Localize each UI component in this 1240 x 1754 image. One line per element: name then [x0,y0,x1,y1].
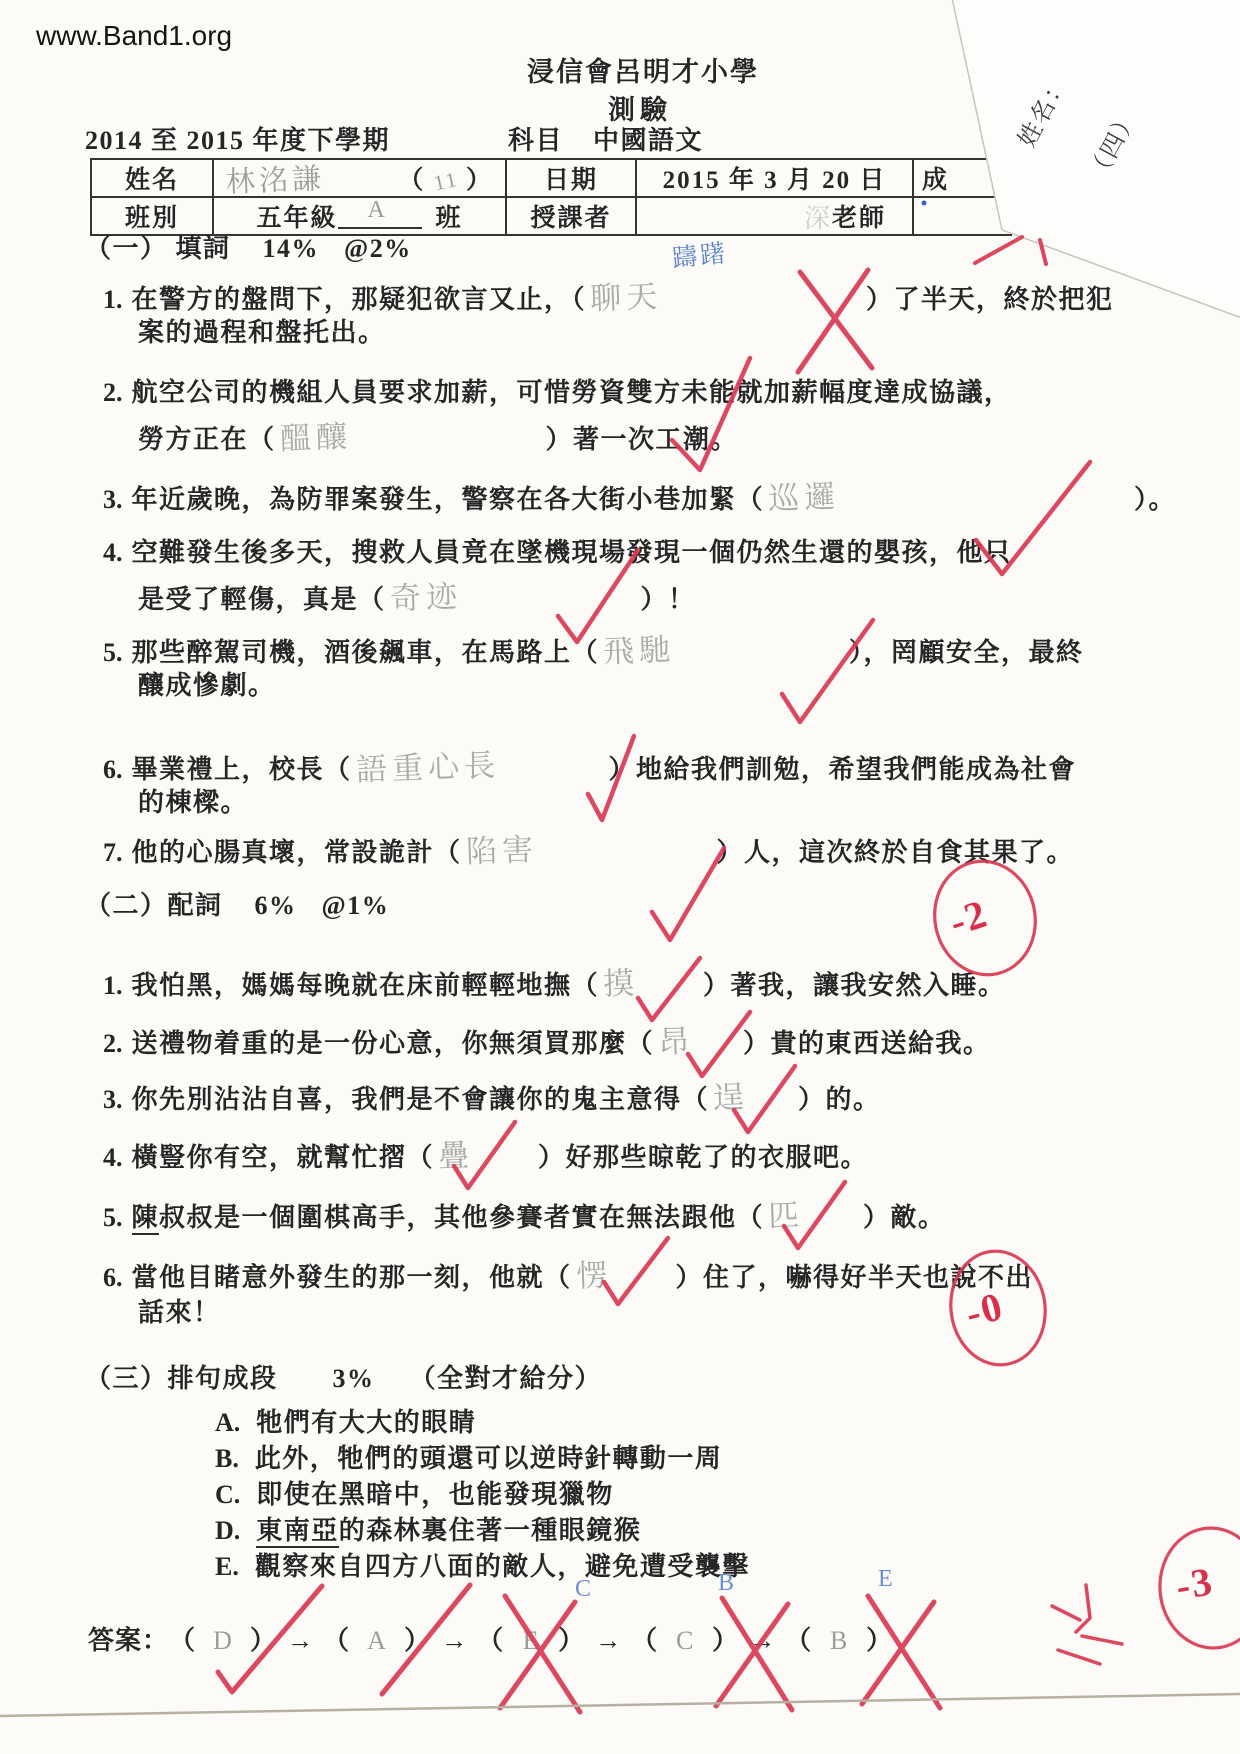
class-number-paren: （ 11 ） [398,160,493,196]
arrow-glyph: → [749,1626,775,1656]
question-line: 案的過程和盤托出。 [138,312,386,349]
paren-open: （ [785,1626,812,1655]
pencil-answer: 醞釀 [279,411,353,458]
answer-slot: （C） [631,1620,739,1657]
pencil-answer: 巡邏 [767,471,841,518]
question-text: ），罔顧安全，最終 [849,638,1084,667]
question-line: 3.年近歲晚，為防罪案發生，警察在各大街小巷加緊（巡邏）。 [103,472,1176,517]
scanned-test-paper: www.Band1.org 浸信會呂明才小學 測驗 2014 至 2015 年度… [0,0,1240,1754]
question-line: 5.那些醉駕司機，酒後飆車，在馬路上（飛馳），罔顧安全，最終 [103,625,1084,670]
pencil-answer: 匹 [767,1189,805,1235]
option-letter: B. [215,1444,239,1474]
pencil-answer: 語重心長 [355,740,500,790]
answer-slot: （D） [169,1620,277,1657]
date-value: 2015 年 3 月 20 日 [635,160,912,196]
question-number: 2. [103,1029,123,1059]
question-text: 叔叔是一個圍棋高手，其他參賽者實在無法跟他（ [159,1203,764,1232]
question-line: 2.航空公司的機組人員要求加薪，可惜勞資雙方未能就加薪幅度達成協議， [103,372,1012,409]
teacher-suffix: 老師 [832,198,886,234]
underlined-text: 陳 [132,1203,160,1235]
question-number: 7. [103,838,123,868]
option-letter: C. [215,1480,240,1510]
section-score: 6% [255,891,297,920]
question-text: 的棟樑。 [138,788,248,817]
answer-label: 答案： [88,1626,169,1655]
pencil-answer: 陷害 [465,824,539,871]
pencil-answer: 聊天 [589,271,663,318]
question-line: 的棟樑。 [138,782,248,819]
section-heading: （二）配詞6%@1% [85,885,389,922]
underlined-text: 東南亞 [256,1516,339,1548]
paren-open: （ [169,1626,196,1655]
deduction-section3: -3 [1172,1557,1217,1610]
option-line: A.牠們有大大的眼睛 [215,1402,476,1439]
date-label: 日期 [505,160,635,196]
question-text: 此外，牠們的頭還可以逆時針轉動一周 [255,1444,723,1473]
question-text: 航空公司的機組人員要求加薪，可惜勞資雙方未能就加薪幅度達成協議， [132,378,1012,407]
paren-open: （ [477,1626,504,1655]
paren-close: ） [250,1626,277,1655]
question-text: ）貴的東西送給我。 [743,1029,991,1058]
pencil-answer-letter: D [196,1626,250,1656]
question-number: 5. [103,638,123,668]
question-number: 3. [103,1085,123,1115]
question-text: 空難發生後多天，搜救人員竟在墜機現場發現一個仍然生還的嬰孩，他只 [132,538,1012,567]
pencil-answer-letter: C [658,1626,712,1656]
arrow-glyph: → [441,1626,467,1656]
name-label: 姓名 [92,160,212,196]
question-text: 當他目睹意外發生的那一刻，他就（ [132,1263,572,1292]
blue-correction-letter: B [718,1570,734,1597]
pencil-answer: 疊 [437,1129,475,1175]
paren-close: ） [866,1626,893,1655]
empty-cell [912,198,1010,234]
answer-slot: （E） [477,1620,585,1657]
school-name: 浸信會呂明才小學 [527,50,759,89]
option-letter: E. [215,1552,239,1582]
question-number: 1. [103,285,123,315]
question-line: 是受了輕傷，真是（奇迹）！ [138,572,696,617]
section-title: （二）配詞 [85,891,223,920]
section-title: （三）排句成段 [85,1364,278,1393]
question-text: 話來！ [138,1298,221,1327]
score-label-partial: 成 [912,160,1010,196]
question-line: 4.空難發生後多天，搜救人員竟在墜機現場發現一個仍然生還的嬰孩，他只 [103,532,1012,569]
blue-correction-letter: C [575,1576,591,1603]
pencil-answer: 飛馳 [602,624,676,671]
question-text: 橫豎你有空，就幫忙摺（ [132,1143,435,1172]
question-text: 在警方的盤問下，那疑犯欲言又止，（ [132,285,587,314]
paren-close: ） [558,1626,585,1655]
question-number: 6. [103,1263,123,1293]
question-text: ）地給我們訓勉，希望我們能成為社會 [609,755,1077,784]
answer-slot: （A） [323,1620,431,1657]
overlay-name-label: 姓名： [1007,67,1075,152]
pencil-answer: 昂 [657,1015,695,1061]
question-number: 2. [103,378,123,408]
paren-open: （ [323,1626,350,1655]
deduction-section1: -2 [944,889,994,945]
option-line: E.觀察來自四方八面的敵人，避免遭受襲擊 [215,1546,750,1583]
pencil-answer: 摸 [602,957,640,1003]
paren-open: （ [631,1626,658,1655]
question-line: 話來！ [138,1292,221,1329]
section-note: @2% [344,234,412,263]
page-edge-line [0,1694,1240,1716]
section-score: 3% [333,1364,375,1393]
watermark: www.Band1.org [36,20,232,52]
question-line: 6.畢業禮上，校長（語重心長）地給我們訓勉，希望我們能成為社會 [103,742,1076,787]
question-line: 6.當他目睹意外發生的那一刻，他就（愣）住了，嚇得好半天也說不出 [103,1250,1033,1295]
question-line: 勞方正在（醞釀）著一次工潮。 [138,412,738,457]
blue-correction-letter: E [878,1566,893,1593]
answer-sequence-row: 答案：（D）→（A）→（E）→（C）→（B） [88,1620,893,1657]
question-number: 6. [103,755,123,785]
question-text: 的森林裏住著一種眼鏡猴 [339,1516,642,1545]
class-number-written: 11 [431,167,460,196]
paren-close: ） [712,1626,739,1655]
question-line: 釀成慘劇。 [138,665,276,702]
option-letter: D. [215,1516,240,1546]
table-row: 姓名 林洺謙 （ 11 ） 日期 2015 年 3 月 20 日 成 [92,160,1010,196]
question-text: 案的過程和盤托出。 [138,318,386,347]
question-text: 是受了輕傷，真是（ [138,585,386,614]
section-title: （一） 填詞 [85,234,231,263]
question-text: 我怕黑，媽媽每晚就在床前輕輕地撫（ [132,971,600,1000]
school-term: 2014 至 2015 年度下學期 [85,120,390,157]
question-line: 7.他的心腸真壞，常設詭計（陷害）人，這次終於自食其果了。 [103,825,1074,870]
question-text: ）好那些晾乾了的衣服吧。 [538,1143,868,1172]
question-text: ）敵。 [863,1203,946,1232]
section-heading: （一） 填詞14%@2% [85,228,412,265]
question-number: 4. [103,538,123,568]
question-text: 勞方正在（ [138,425,276,454]
teacher-cell: 深 老師 [635,198,912,234]
section-heading: （三）排句成段3%（全對才給分） [85,1358,602,1395]
question-text: 釀成慘劇。 [138,671,276,700]
student-info-table: 姓名 林洺謙 （ 11 ） 日期 2015 年 3 月 20 日 成 班別 五年… [90,158,1012,236]
option-line: B.此外，牠們的頭還可以逆時針轉動一周 [215,1438,722,1475]
pencil-answer-letter: B [812,1626,866,1656]
question-line: 3.你先別沾沾自喜，我們是不會讓你的鬼主意得（逞）的。 [103,1072,881,1117]
question-text: 牠們有大大的眼睛 [256,1408,476,1437]
paren-close: ） [466,167,493,194]
subject-line: 科目 中國語文 [508,120,719,157]
question-text: 年近歲晚，為防罪案發生，警察在各大街小巷加緊（ [132,485,765,514]
teacher-label: 授課者 [505,198,635,234]
option-line: D.東南亞的森林裏住著一種眼鏡猴 [215,1510,641,1547]
name-cell: 林洺謙 （ 11 ） [212,160,505,196]
class-written: A [368,197,387,224]
paren-close: ） [404,1626,431,1655]
question-line: 2.送禮物着重的是一份心意，你無須買那麼（昂）貴的東西送給我。 [103,1016,991,1061]
arrow-glyph: → [595,1626,621,1656]
question-text: 觀察來自四方八面的敵人，避免遭受襲擊 [255,1552,750,1581]
question-number: 1. [103,971,123,1001]
question-text: ）。 [1134,485,1176,514]
class-suffix: 班 [436,198,463,234]
question-line: 1.我怕黑，媽媽每晚就在床前輕輕地撫（摸）著我，讓我安然入睡。 [103,958,1006,1003]
arrow-glyph: → [287,1626,313,1656]
question-text: 送禮物着重的是一份心意，你無須買那麼（ [132,1029,655,1058]
pencil-answer: 奇迹 [389,571,463,618]
section-score: 14% [263,234,320,263]
question-text: ）！ [641,585,696,614]
question-number: 4. [103,1143,123,1173]
question-text: ）著一次工潮。 [546,425,739,454]
class-blank-line: A [338,203,422,229]
option-letter: A. [215,1408,240,1438]
question-line: 5.陳叔叔是一個圍棋高手，其他參賽者實在無法跟他（匹）敵。 [103,1190,946,1235]
overlay-section-note: （四） [1077,101,1145,186]
question-line: 4.橫豎你有空，就幫忙摺（疊）好那些晾乾了的衣服吧。 [103,1130,868,1175]
pencil-answer-letter: A [350,1626,404,1656]
subject-value: 中國語文 [577,126,719,160]
pencil-answer: 愣 [575,1249,613,1295]
name-written: 林洺謙 [225,156,325,200]
question-line: 1.在警方的盤問下，那疑犯欲言又止，（聊天）了半天，終於把犯 [103,272,1114,317]
answer-slot: （B） [785,1620,893,1657]
question-text: 他的心腸真壞，常設詭計（ [132,838,462,867]
blue-correction-note: 躊躇 [670,233,729,275]
pencil-answer: 逞 [712,1071,750,1117]
section-note: （全對才給分） [410,1364,603,1393]
question-text: 你先別沾沾自喜，我們是不會讓你的鬼主意得（ [132,1085,710,1114]
question-text: ）了半天，終於把犯 [866,285,1114,314]
question-text: ）的。 [798,1085,881,1114]
pencil-answer-letter: E [504,1626,558,1656]
question-number: 5. [103,1203,123,1233]
question-text: 即使在黑暗中，也能發現獵物 [256,1480,614,1509]
question-text: 畢業禮上，校長（ [132,755,352,784]
section-note: @1% [322,891,390,920]
option-line: C.即使在黑暗中，也能發現獵物 [215,1474,614,1511]
question-text: ）人，這次終於自食其果了。 [717,838,1075,867]
question-text: 那些醉駕司機，酒後飆車，在馬路上（ [132,638,600,667]
teacher-name-written: 深 [804,198,832,235]
question-number: 3. [103,485,123,515]
question-text: ）著我，讓我安然入睡。 [703,971,1006,1000]
paren-open: （ [398,167,425,194]
subject-label: 科目 [508,126,563,155]
